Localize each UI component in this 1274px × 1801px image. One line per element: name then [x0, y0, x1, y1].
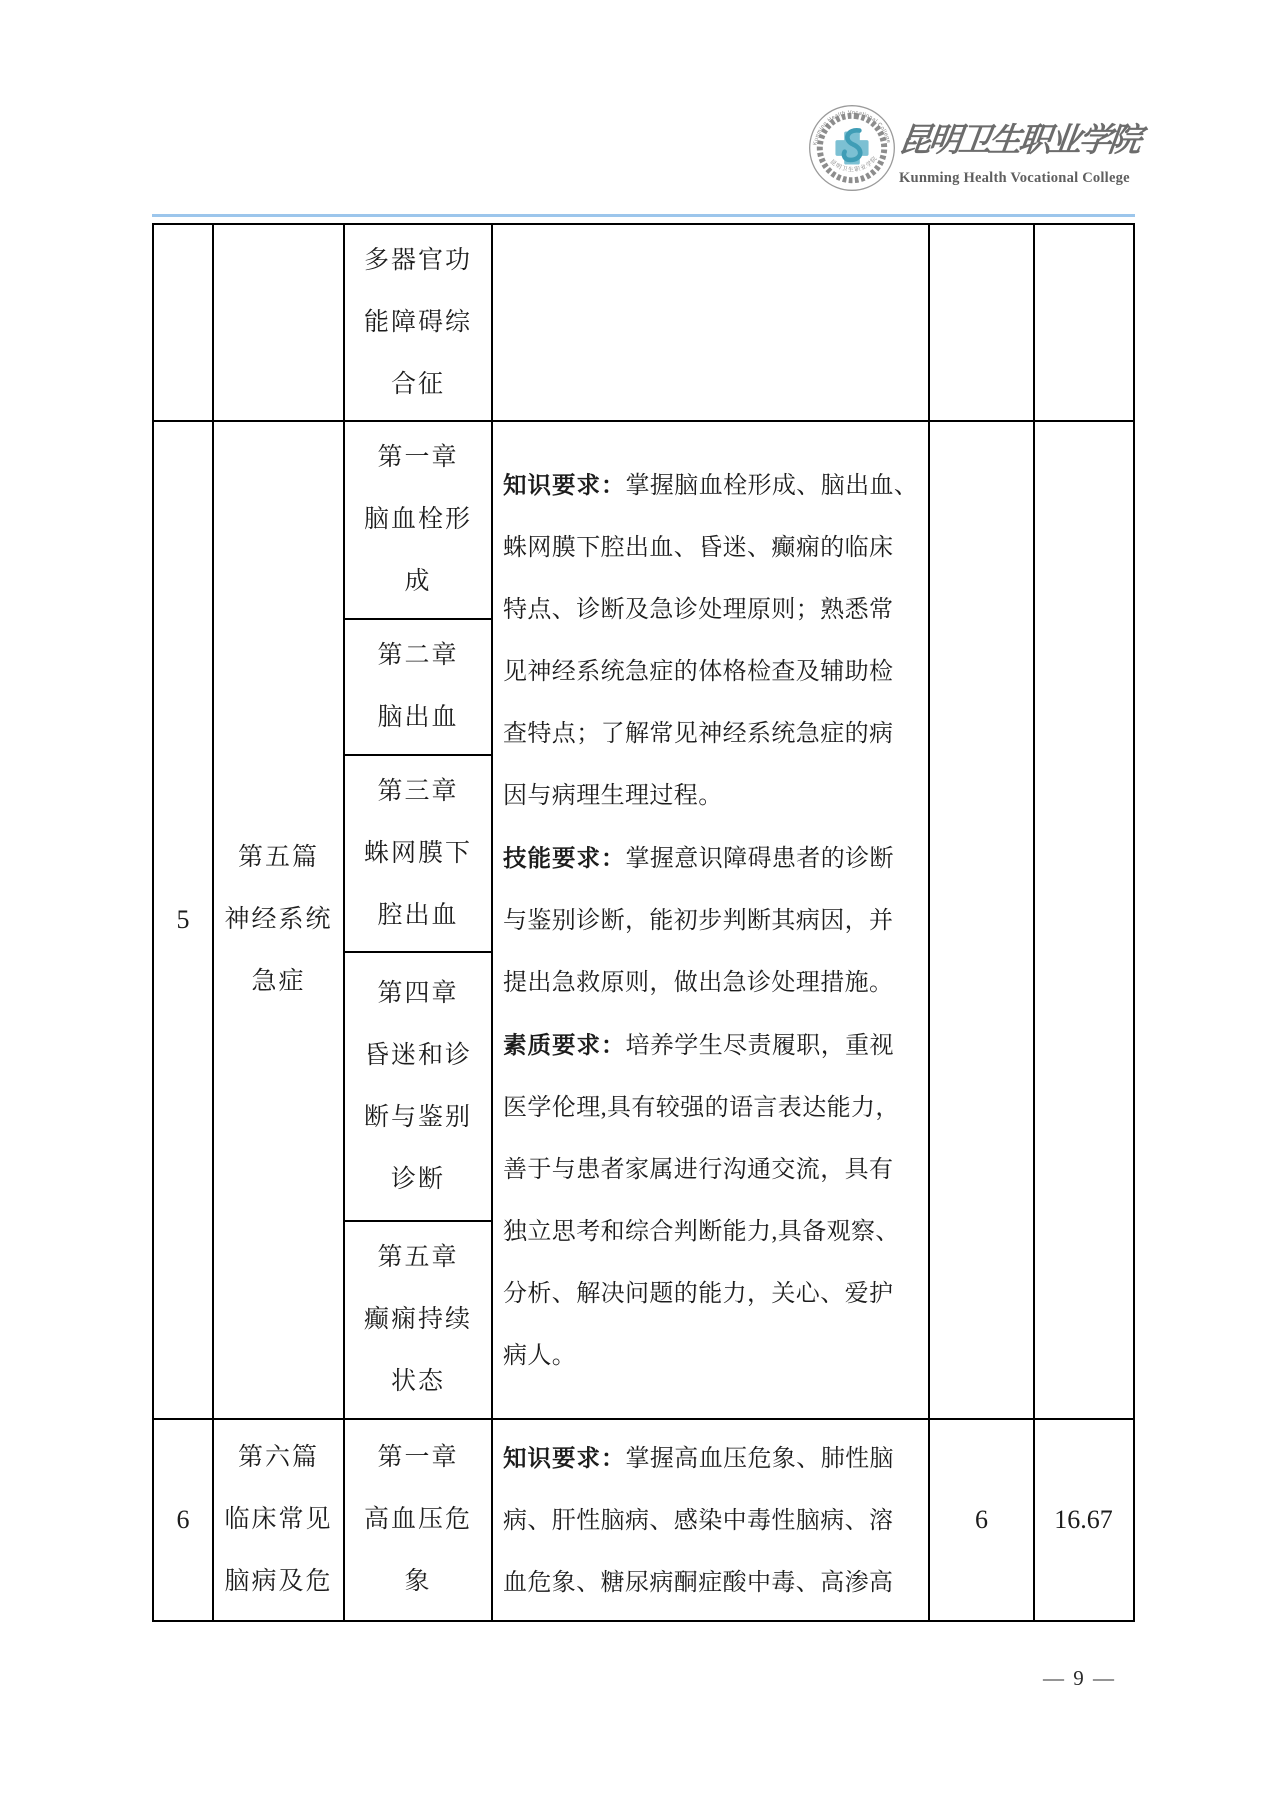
chapter-text: 第三章 蛛网膜下 腔出血 — [364, 761, 472, 947]
percent-value: 16.67 — [1054, 1505, 1113, 1535]
cell-hours: 6 — [928, 1420, 1033, 1620]
cell-index: 6 — [154, 1420, 212, 1620]
document-page: Kunming Health Vocational College 昆明卫生职业… — [0, 0, 1274, 1801]
chapter-subcell: 第一章 脑血栓形 成 — [345, 422, 491, 620]
chapter-text: 第一章 高血压危 象 — [364, 1427, 472, 1613]
cell-chapter-list: 第一章 脑血栓形 成 第二章 脑出血 第三章 蛛网膜下 腔出血 第四章 昏迷和诊… — [343, 422, 491, 1418]
header-divider-rule — [152, 214, 1135, 217]
chapter-subcell: 第四章 昏迷和诊 断与鉴别 诊断 — [345, 953, 491, 1222]
knowledge-requirements: 知识要求：掌握高血压危象、肺性脑 病、肝性脑病、感染中毒性脑病、溶 血危象、糖尿… — [503, 1427, 922, 1614]
chapter-text: 第一章 脑血栓形 成 — [364, 427, 472, 613]
cell-requirements: 知识要求：掌握高血压危象、肺性脑 病、肝性脑病、感染中毒性脑病、溶 血危象、糖尿… — [491, 1420, 928, 1620]
requirements-text: 知识要求：掌握脑血栓形成、脑出血、 蛛网膜下腔出血、昏迷、癫痫的临床 特点、诊断… — [503, 454, 922, 1387]
section-title: 第五篇 神经系统 急症 — [224, 827, 332, 1013]
requirement-body: 培养学生尽责履职，重视 医学伦理,具有较强的语言表达能力， 善于与患者家属进行沟… — [503, 1033, 900, 1369]
section-title: 第六篇 临床常见 脑病及危 — [224, 1427, 332, 1613]
requirement-label: 素质要求： — [503, 1032, 626, 1058]
college-wordmark: 昆明卫生职业学院 Kunming Health Vocational Colle… — [899, 114, 1139, 187]
chapter-text: 多器官功 能障碍综 合征 — [364, 230, 472, 416]
cell-chapter: 第一章 高血压危 象 — [343, 1420, 491, 1620]
cell-section-empty — [212, 225, 343, 420]
cell-hours-empty — [928, 225, 1033, 420]
cell-section: 第六篇 临床常见 脑病及危 — [212, 1420, 343, 1620]
table-row-continued: 多器官功 能障碍综 合征 — [154, 225, 1133, 422]
college-name-calligraphy: 昆明卫生职业学院 — [896, 114, 1142, 161]
chapter-text: 第二章 脑出血 — [377, 625, 458, 749]
cell-index: 5 — [154, 422, 212, 1418]
row-number: 5 — [177, 905, 190, 935]
cell-section: 第五篇 神经系统 急症 — [212, 422, 343, 1418]
cell-index-empty — [154, 225, 212, 420]
college-name-english: Kunming Health Vocational College — [899, 170, 1139, 187]
table-row-6: 6 第六篇 临床常见 脑病及危 第一章 高血压危 象 知识要求：掌握高血压危象、… — [154, 1420, 1133, 1620]
cell-hours-empty — [928, 422, 1033, 1418]
cell-requirements: 知识要求：掌握脑血栓形成、脑出血、 蛛网膜下腔出血、昏迷、癫痫的临床 特点、诊断… — [491, 422, 928, 1418]
cell-percent-empty — [1033, 422, 1132, 1418]
requirement-label: 知识要求： — [503, 1445, 626, 1471]
chapter-text: 第五章 癫痫持续 状态 — [364, 1227, 472, 1413]
knowledge-requirements: 知识要求：掌握脑血栓形成、脑出血、 蛛网膜下腔出血、昏迷、癫痫的临床 特点、诊断… — [503, 454, 922, 827]
chapter-subcell: 第三章 蛛网膜下 腔出血 — [345, 756, 491, 953]
requirements-text: 知识要求：掌握高血压危象、肺性脑 病、肝性脑病、感染中毒性脑病、溶 血危象、糖尿… — [503, 1427, 922, 1614]
chapter-text: 第四章 昏迷和诊 断与鉴别 诊断 — [364, 963, 472, 1211]
row-number: 6 — [177, 1505, 190, 1535]
college-seal-logo: Kunming Health Vocational College 昆明卫生职业… — [806, 102, 898, 194]
requirement-body: 掌握脑血栓形成、脑出血、 蛛网膜下腔出血、昏迷、癫痫的临床 特点、诊断及急诊处理… — [503, 473, 918, 809]
hours-value: 6 — [975, 1505, 988, 1535]
skill-requirements: 技能要求：掌握意识障碍患者的诊断 与鉴别诊断，能初步判断其病因，并 提出急救原则… — [503, 827, 922, 1014]
cell-percent: 16.67 — [1033, 1420, 1132, 1620]
requirement-label: 知识要求： — [503, 472, 626, 498]
quality-requirements: 素质要求：培养学生尽责履职，重视 医学伦理,具有较强的语言表达能力， 善于与患者… — [503, 1014, 922, 1387]
chapter-subcell: 第二章 脑出血 — [345, 620, 491, 757]
cell-chapter: 多器官功 能障碍综 合征 — [343, 225, 491, 420]
chapter-subcell: 第五章 癫痫持续 状态 — [345, 1222, 491, 1418]
requirement-label: 技能要求： — [503, 845, 626, 871]
cell-requirements-empty — [491, 225, 928, 420]
table-row-5: 5 第五篇 神经系统 急症 第一章 脑血栓形 成 第二章 脑出血 第三章 蛛网膜… — [154, 422, 1133, 1420]
cell-percent-empty — [1033, 225, 1132, 420]
syllabus-table: 多器官功 能障碍综 合征 5 第五篇 神经系统 急症 第一章 脑血栓形 成 第二… — [152, 223, 1135, 1622]
page-number: — 9 — — [1043, 1666, 1116, 1691]
